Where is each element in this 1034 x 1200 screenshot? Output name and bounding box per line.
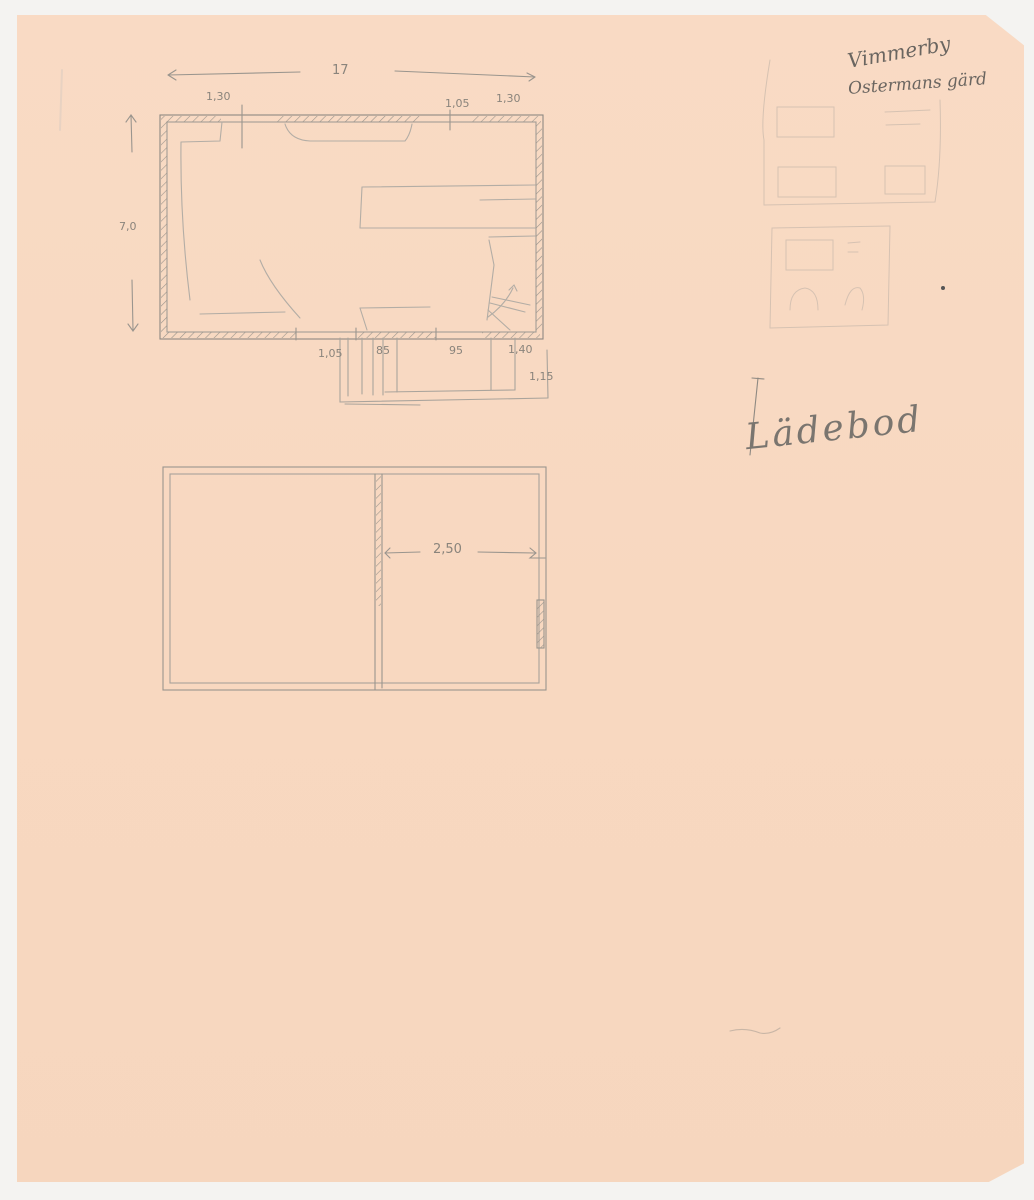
room-width-label: 2,50 xyxy=(433,542,462,557)
sketch-drawing xyxy=(0,0,1034,1200)
thumbnail-elevations xyxy=(763,60,941,328)
upper-plan-interior xyxy=(181,122,535,330)
bottom-dim-4: 1,40 xyxy=(508,343,533,356)
top-dim-1: 1,30 xyxy=(206,90,231,103)
overall-depth-label: 7,0 xyxy=(119,220,137,233)
stair-dim: 1,15 xyxy=(529,370,554,383)
bottom-dim-3: 95 xyxy=(449,344,463,357)
room-width-dimension xyxy=(385,548,545,558)
upper-plan-walls xyxy=(160,105,543,340)
bottom-dim-2: 85 xyxy=(376,344,390,357)
top-dim-2: 1,05 xyxy=(445,97,470,110)
overall-width-label: 17 xyxy=(332,63,349,78)
lower-plan-walls xyxy=(163,467,546,690)
bottom-dim-1: 1,05 xyxy=(318,347,343,360)
overall-width-dimension xyxy=(168,70,535,81)
top-dim-3: 1,30 xyxy=(496,92,521,105)
